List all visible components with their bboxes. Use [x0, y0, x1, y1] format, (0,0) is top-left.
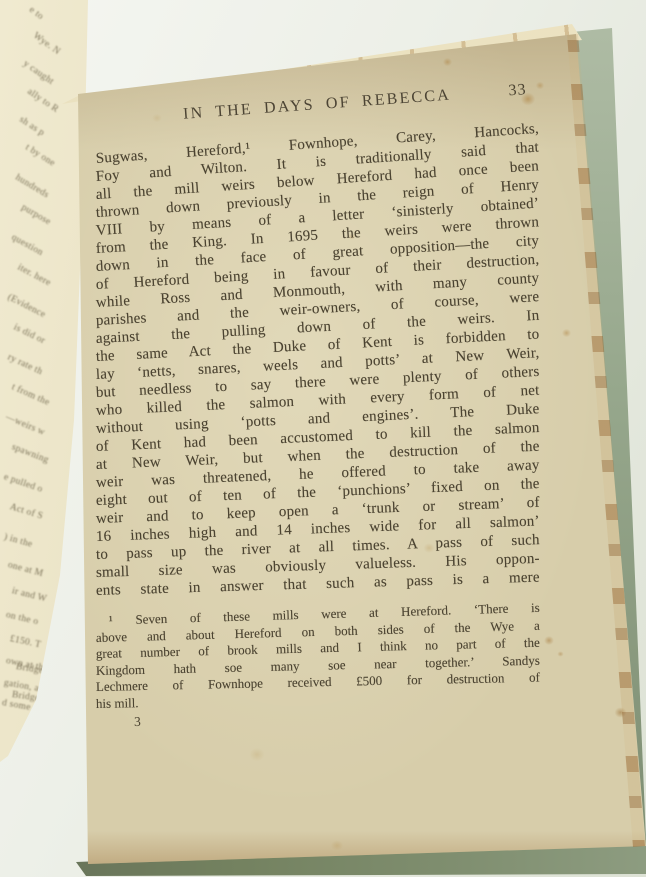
left-page-text-fragment: e to — [27, 5, 45, 22]
left-page-text-fragment: ir and W — [11, 586, 48, 604]
left-page-text-fragment: Act of S — [9, 502, 45, 522]
page-text: IN THE DAYS OF REBECCA 33 Sugwas, Herefo… — [96, 112, 540, 730]
page-number: 33 — [508, 81, 527, 100]
body-text: Sugwas, Hereford,¹ Fownhope, Carey, Hanc… — [96, 150, 540, 600]
left-page-text-fragment: one at M — [7, 560, 45, 579]
left-page-text-fragment: y caught — [21, 59, 55, 87]
left-page-text-fragment: is did or — [12, 323, 47, 347]
left-page-text-fragment: Bridgend — [15, 662, 54, 678]
left-page-text-fragment: t by one — [23, 143, 56, 169]
left-page-text-fragment: on the o — [5, 610, 39, 627]
left-page-text-fragment: ) in the — [3, 532, 34, 550]
left-page-text-fragment: iter. here — [16, 263, 53, 289]
left-page-text-fragment: e pulled o — [2, 472, 44, 495]
left-page-text-fragment: ry rate th — [6, 352, 44, 377]
footnote: ¹ Seven of these mills were at Hereford.… — [96, 613, 540, 713]
book-photo: e to Wye. N y caught ally to R sh as p t… — [0, 0, 646, 877]
left-page-text-fragment: (Evidence — [6, 293, 47, 321]
left-page-text-fragment: spawning — [10, 442, 50, 465]
left-page-text-fragment: —weirs w — [4, 412, 46, 438]
left-page-text-fragment: sh as p — [17, 115, 46, 139]
left-page-text-fragment: purpose — [20, 203, 53, 228]
left-page-text-fragment: ally to R — [25, 87, 60, 115]
left-page-text-fragment: Wye. N — [31, 31, 62, 57]
left-page-text-fragment: question — [10, 233, 45, 259]
left-page-text-fragment: £150. T — [9, 634, 42, 650]
left-page-text-fragment: hundreds — [13, 173, 50, 201]
left-page-text-fragment: t from the — [10, 382, 51, 408]
